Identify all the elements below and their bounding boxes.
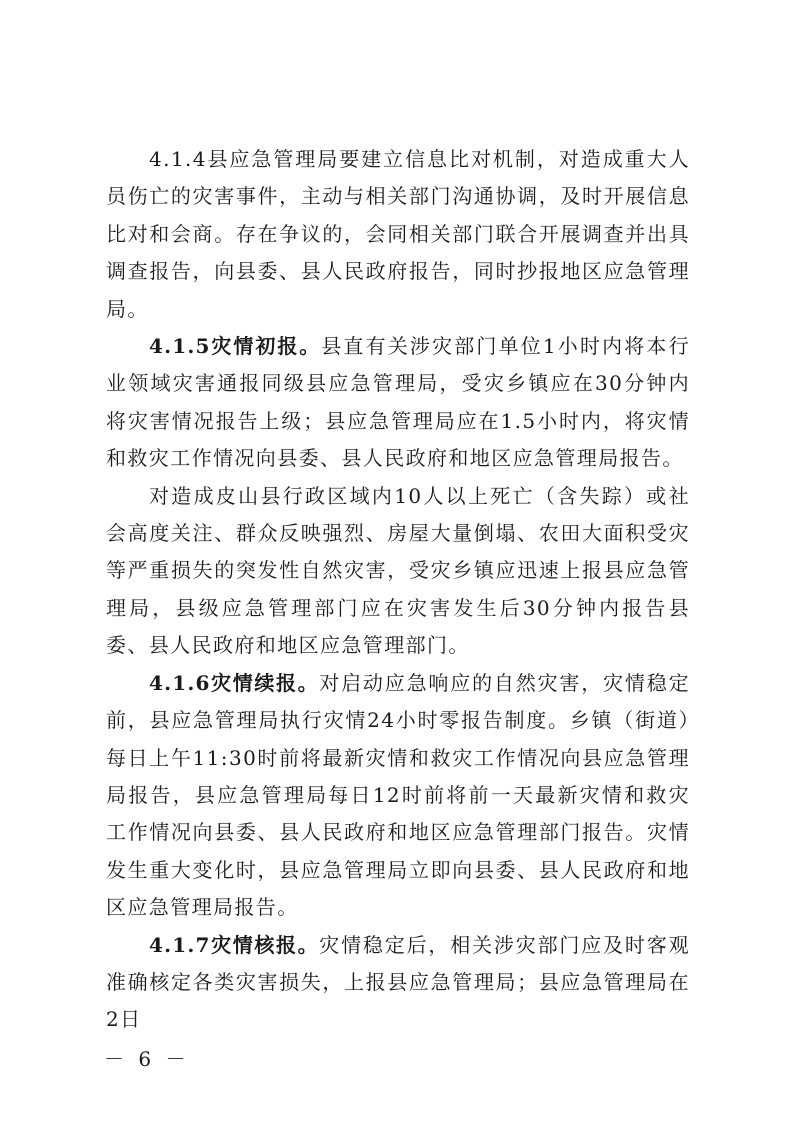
paragraph-heading: 4.1.6灾情续报。	[149, 671, 319, 695]
paragraph-4-1-5-initial-report: 4.1.5灾情初报。县直有关涉灾部门单位1小时内将本行业领域灾害通报同级县应急管…	[106, 328, 690, 478]
paragraph-4-1-7-verification-report: 4.1.7灾情核报。灾情稳定后，相关涉灾部门应及时客观准确核定各类灾害损失，上报…	[106, 927, 690, 1039]
paragraph-heading: 4.1.7灾情核报。	[149, 933, 319, 957]
paragraph-text: 对造成皮山县行政区域内10人以上死亡（含失踪）或社会高度关注、群众反映强烈、房屋…	[106, 484, 690, 658]
page-number: － 6 －	[104, 1043, 189, 1072]
document-body: 4.1.4县应急管理局要建立信息比对机制，对造成重大人员伤亡的灾害事件，主动与相…	[106, 141, 690, 1039]
paragraph-heading: 4.1.5灾情初报。	[149, 334, 321, 358]
document-page: 4.1.4县应急管理局要建立信息比对机制，对造成重大人员伤亡的灾害事件，主动与相…	[0, 0, 793, 1122]
paragraph-4-1-4: 4.1.4县应急管理局要建立信息比对机制，对造成重大人员伤亡的灾害事件，主动与相…	[106, 141, 690, 328]
paragraph-4-1-6-follow-up-report: 4.1.6灾情续报。对启动应急响应的自然灾害，灾情稳定前，县应急管理局执行灾情2…	[106, 665, 690, 927]
paragraph-major-disaster-reporting: 对造成皮山县行政区域内10人以上死亡（含失踪）或社会高度关注、群众反映强烈、房屋…	[106, 478, 690, 665]
paragraph-text: 4.1.4县应急管理局要建立信息比对机制，对造成重大人员伤亡的灾害事件，主动与相…	[106, 147, 690, 321]
paragraph-text: 对启动应急响应的自然灾害，灾情稳定前，县应急管理局执行灾情24小时零报告制度。乡…	[106, 671, 690, 919]
